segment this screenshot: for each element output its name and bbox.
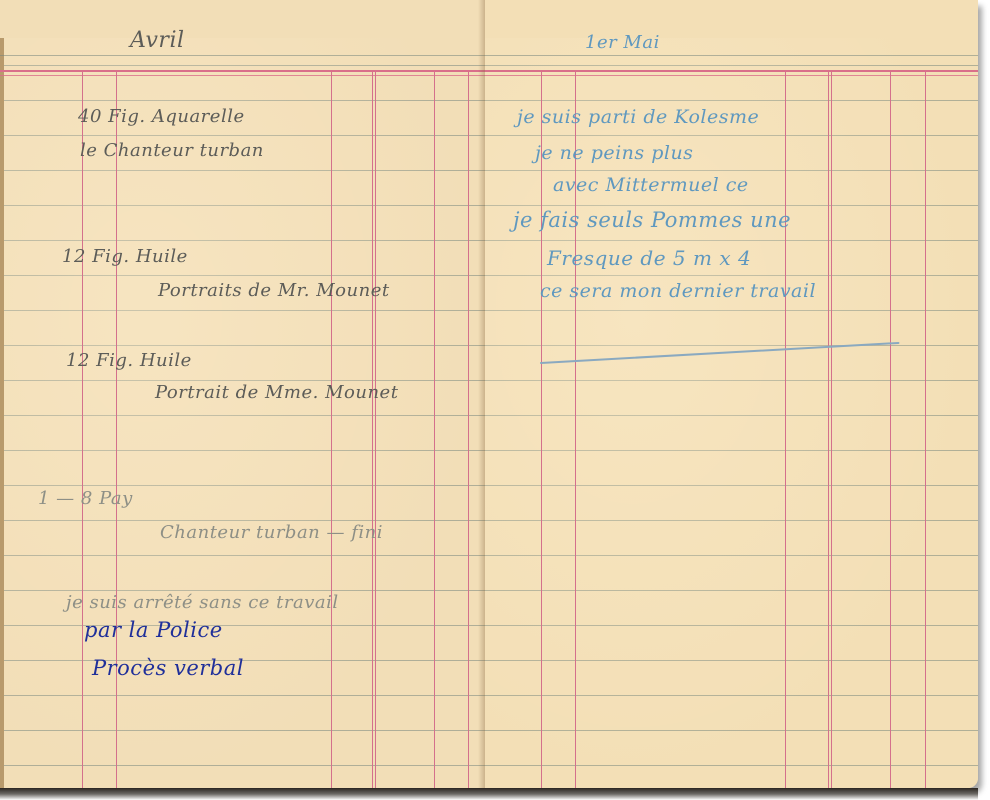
diary-line: avec Mittermuel ce bbox=[553, 174, 749, 196]
header-red-rule-thin bbox=[485, 75, 978, 76]
right-page: 1er Mai je suis parti de Kolesme je ne p… bbox=[485, 0, 978, 788]
scan-edge-shadow bbox=[0, 788, 978, 800]
column-rule bbox=[541, 72, 542, 788]
month-header: Avril bbox=[130, 28, 185, 53]
entry-line: 40 Fig. Aquarelle bbox=[78, 106, 245, 127]
top-grey-rule bbox=[485, 55, 978, 56]
left-page: Avril 40 Fig. Aquarelle le Chanteur turb… bbox=[0, 0, 485, 788]
ink-note: par la Police bbox=[84, 618, 223, 642]
column-rule bbox=[468, 72, 469, 788]
pencil-note: je suis arrêté sans ce travail bbox=[66, 592, 339, 613]
diary-line: ce sera mon dernier travail bbox=[540, 280, 816, 302]
entry-line: Chanteur turban — fini bbox=[160, 522, 383, 543]
month-header: 1er Mai bbox=[585, 32, 660, 53]
notebook-spread: Avril 40 Fig. Aquarelle le Chanteur turb… bbox=[0, 0, 978, 788]
column-rule bbox=[331, 72, 332, 788]
column-rule bbox=[372, 72, 373, 788]
entry-line: 1 — 8 Pay bbox=[38, 488, 133, 509]
header-red-rule-thin bbox=[0, 75, 485, 76]
column-rule bbox=[925, 72, 926, 788]
column-rule bbox=[828, 72, 829, 788]
top-grey-rule bbox=[0, 55, 485, 56]
column-rule bbox=[375, 72, 376, 788]
page-edge bbox=[0, 0, 4, 788]
closing-stroke bbox=[540, 342, 900, 364]
column-rule bbox=[785, 72, 786, 788]
entry-line: le Chanteur turban bbox=[80, 140, 264, 161]
header-red-rule bbox=[485, 70, 978, 72]
entry-line: Portrait de Mme. Mounet bbox=[155, 382, 398, 403]
column-rule bbox=[831, 72, 832, 788]
entry-line: 12 Fig. Huile bbox=[62, 246, 188, 267]
diary-line: je fais seuls Pommes une bbox=[513, 208, 791, 232]
header-red-rule bbox=[0, 70, 485, 72]
column-rule bbox=[116, 72, 117, 788]
column-rule bbox=[82, 72, 83, 788]
column-rule bbox=[434, 72, 435, 788]
diary-line: je suis parti de Kolesme bbox=[517, 106, 759, 128]
diary-line: je ne peins plus bbox=[535, 142, 693, 164]
entry-line: Portraits de Mr. Mounet bbox=[158, 280, 390, 301]
column-rule bbox=[890, 72, 891, 788]
diary-line: Fresque de 5 m x 4 bbox=[547, 246, 751, 270]
ink-note: Procès verbal bbox=[92, 656, 244, 680]
entry-line: 12 Fig. Huile bbox=[66, 350, 192, 371]
